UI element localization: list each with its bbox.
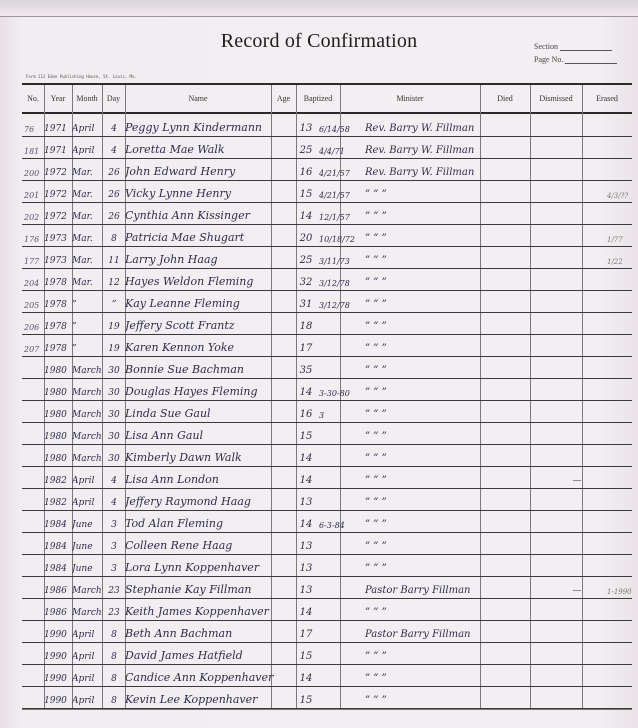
entry-month: March (72, 410, 102, 420)
header-baptized: Baptized (296, 85, 340, 112)
entry-age: 25 (296, 145, 316, 156)
entry-name: Vicky Lynne Henry (125, 187, 293, 200)
section-label: Section (534, 42, 558, 51)
entry-number: 201 (24, 191, 44, 200)
entry-name: John Edward Henry (125, 165, 293, 178)
entry-age: 31 (296, 299, 316, 310)
entry-day: 30 (104, 388, 124, 398)
entry-number: 205 (24, 301, 44, 310)
entry-day: 4 (104, 498, 124, 508)
entry-name: Loretta Mae Walk (125, 143, 293, 156)
ledger-row: 1980March30Lisa Ann Gaul15” ” ” (22, 423, 632, 445)
entry-minister: ” ” ” (365, 189, 505, 200)
entry-baptized: 6/14/58 (319, 125, 359, 134)
entry-day: 4 (104, 146, 124, 156)
entry-minister: ” ” ” (365, 607, 505, 618)
entry-month: Mar. (72, 256, 102, 266)
ledger-row: 1990April8Kevin Lee Koppenhaver15” ” ” (22, 687, 632, 709)
entry-name: Beth Ann Bachman (125, 627, 293, 640)
entry-age: 13 (296, 497, 316, 508)
entry-minister: ” ” ” (365, 453, 505, 464)
entry-baptized: 3/11/73 (319, 257, 359, 266)
entry-number: 200 (24, 169, 44, 178)
entry-dismissed: — (552, 476, 602, 486)
entry-year: 1980 (44, 410, 72, 420)
entry-minister: ” ” ” (365, 211, 505, 222)
entry-number: 202 (24, 213, 44, 222)
header-name: Name (125, 85, 271, 112)
entry-age: 18 (296, 321, 316, 332)
entry-minister: ” ” ” (365, 299, 505, 310)
entry-day: 8 (104, 696, 124, 706)
entry-baptized: 3 (319, 411, 359, 420)
entry-year: 1980 (44, 388, 72, 398)
entry-day: 30 (104, 432, 124, 442)
ledger-row: 1990April8David James Hatfield15” ” ” (22, 643, 632, 665)
entry-year: 1978 (44, 278, 72, 288)
ledger-row: 2041978Mar.12Hayes Weldon Fleming323/12/… (22, 269, 632, 291)
entry-year: 1986 (44, 608, 72, 618)
entry-name: David James Hatfield (125, 649, 293, 662)
entry-day: 23 (104, 586, 124, 596)
ledger-row: 1984June3Tod Alan Fleming146-3-84” ” ” (22, 511, 632, 533)
entry-name: Lisa Ann Gaul (125, 429, 293, 442)
entry-age: 14 (296, 387, 316, 398)
entry-minister: ” ” ” (365, 651, 505, 662)
header-age: Age (271, 85, 296, 112)
entry-minister: ” ” ” (365, 277, 505, 288)
entry-minister: ” ” ” (365, 695, 505, 706)
ledger-row: 1982April4Jeffery Raymond Haag13” ” ” (22, 489, 632, 511)
entry-day: ” (104, 300, 124, 310)
ledger-row: 1980March30Douglas Hayes Fleming143-30-8… (22, 379, 632, 401)
entry-year: 1984 (44, 520, 72, 530)
entry-name: Cynthia Ann Kissinger (125, 209, 293, 222)
entry-minister: ” ” ” (365, 365, 505, 376)
entry-baptized: 3/12/78 (319, 301, 359, 310)
entry-age: 17 (296, 629, 316, 640)
entry-minister: Rev. Barry W. Fillman (365, 123, 505, 134)
entry-name: Bonnie Sue Bachman (125, 363, 293, 376)
ledger-row: 2071978”19Karen Kennon Yoke17” ” ” (22, 335, 632, 357)
ledger-row: 761971April4Peggy Lynn Kindermann136/14/… (22, 115, 632, 137)
entry-year: 1980 (44, 432, 72, 442)
entry-number: 206 (24, 323, 44, 332)
entry-name: Linda Sue Gaul (125, 407, 293, 420)
entry-minister: ” ” ” (365, 497, 505, 508)
page-number-label: Page No. (534, 55, 563, 64)
entry-number: 181 (24, 147, 44, 156)
entry-age: 32 (296, 277, 316, 288)
entry-age: 20 (296, 233, 316, 244)
ledger-row: 1984June3Lora Lynn Koppenhaver13” ” ” (22, 555, 632, 577)
entry-year: 1972 (44, 190, 72, 200)
ledger-row: 1980March30Linda Sue Gaul163” ” ” (22, 401, 632, 423)
ledger-row: 1771973Mar.11Larry John Haag253/11/73” ”… (22, 247, 632, 269)
entry-month: April (72, 146, 102, 156)
entry-name: Jeffery Scott Frantz (125, 319, 293, 332)
entry-minister: ” ” ” (365, 255, 505, 266)
entry-minister: Rev. Barry W. Fillman (365, 167, 505, 178)
entry-erased: 1/22 (607, 258, 638, 266)
entry-year: 1978 (44, 322, 72, 332)
entry-minister: ” ” ” (365, 673, 505, 684)
header-minister: Minister (340, 85, 480, 112)
entry-month: April (72, 696, 102, 706)
entry-year: 1984 (44, 564, 72, 574)
entry-age: 14 (296, 519, 316, 530)
ledger-row: 1980March30Kimberly Dawn Walk14” ” ” (22, 445, 632, 467)
entry-name: Kevin Lee Koppenhaver (125, 693, 293, 706)
entry-day: 4 (104, 476, 124, 486)
entry-number: 76 (24, 125, 44, 134)
entry-year: 1978 (44, 300, 72, 310)
ledger-row: 1986March23Stephanie Kay Fillman13Pastor… (22, 577, 632, 599)
header-died: Died (480, 85, 530, 112)
entry-age: 16 (296, 167, 316, 178)
entry-age: 16 (296, 409, 316, 420)
entry-year: 1971 (44, 124, 72, 134)
entry-year: 1990 (44, 696, 72, 706)
entry-month: April (72, 674, 102, 684)
section-field: Section (534, 38, 617, 51)
ledger-row: 2011972Mar.26Vicky Lynne Henry154/21/57”… (22, 181, 632, 203)
page-number-blank (565, 54, 617, 64)
entry-day: 30 (104, 454, 124, 464)
ledger-row: 1990April8Candice Ann Koppenhaver14” ” ” (22, 665, 632, 687)
entry-day: 3 (104, 564, 124, 574)
entry-baptized: 10/18/72 (319, 235, 359, 244)
entry-minister: ” ” ” (365, 409, 505, 420)
entry-erased: 4/3/?? (607, 192, 638, 200)
header-bottom-rule (22, 112, 632, 114)
entry-month: March (72, 454, 102, 464)
entry-year: 1971 (44, 146, 72, 156)
entry-day: 26 (104, 212, 124, 222)
entry-day: 30 (104, 410, 124, 420)
entry-baptized: 4/4/71 (319, 147, 359, 156)
entry-day: 19 (104, 344, 124, 354)
entry-month: June (72, 520, 102, 530)
entry-name: Stephanie Kay Fillman (125, 583, 293, 596)
entry-dismissed: — (552, 586, 602, 596)
entry-minister: ” ” ” (365, 233, 505, 244)
entry-month: April (72, 498, 102, 508)
entry-year: 1972 (44, 212, 72, 222)
ledger-row: 1982April4Lisa Ann London14” ” ”— (22, 467, 632, 489)
entry-name: Candice Ann Koppenhaver (125, 671, 293, 684)
entry-year: 1986 (44, 586, 72, 596)
entry-day: 3 (104, 542, 124, 552)
entry-month: Mar. (72, 234, 102, 244)
entry-age: 25 (296, 255, 316, 266)
entry-day: 8 (104, 652, 124, 662)
page-top-edge (0, 0, 638, 17)
entry-month: ” (72, 344, 102, 354)
entry-minister: ” ” ” (365, 541, 505, 552)
entry-name: Lora Lynn Koppenhaver (125, 561, 293, 574)
entry-minister: ” ” ” (365, 343, 505, 354)
entry-number: 177 (24, 257, 44, 266)
entry-day: 19 (104, 322, 124, 332)
table-bottom-rule (22, 709, 632, 710)
entry-minister: ” ” ” (365, 431, 505, 442)
entry-name: Kay Leanne Fleming (125, 297, 293, 310)
header-erased: Erased (582, 85, 632, 112)
entry-month: Mar. (72, 212, 102, 222)
ledger-row: 1990April8Beth Ann Bachman17Pastor Barry… (22, 621, 632, 643)
entry-month: March (72, 608, 102, 618)
entry-day: 26 (104, 168, 124, 178)
section-blank (560, 41, 612, 51)
entry-year: 1982 (44, 498, 72, 508)
entry-name: Tod Alan Fleming (125, 517, 293, 530)
entry-day: 8 (104, 630, 124, 640)
entry-year: 1982 (44, 476, 72, 486)
entry-minister: ” ” ” (365, 563, 505, 574)
entry-number: 207 (24, 345, 44, 354)
ledger-row: 1984June3Colleen Rene Haag13” ” ” (22, 533, 632, 555)
header-year: Year (44, 85, 72, 112)
entry-month: Mar. (72, 168, 102, 178)
entry-age: 13 (296, 541, 316, 552)
entry-age: 13 (296, 563, 316, 574)
ledger-row: 1980March30Bonnie Sue Bachman35” ” ” (22, 357, 632, 379)
entry-month: April (72, 476, 102, 486)
ledger-row: 1986March23Keith James Koppenhaver14” ” … (22, 599, 632, 621)
section-page-fields: Section Page No. (534, 38, 617, 64)
entry-year: 1973 (44, 256, 72, 266)
entry-age: 15 (296, 695, 316, 706)
ledger-row: 2021972Mar.26Cynthia Ann Kissinger1412/1… (22, 203, 632, 225)
entry-age: 14 (296, 475, 316, 486)
header-month: Month (72, 85, 102, 112)
header-no: No. (22, 85, 44, 112)
entry-day: 3 (104, 520, 124, 530)
entry-baptized: 6-3-84 (319, 521, 359, 530)
entry-name: Hayes Weldon Fleming (125, 275, 293, 288)
entry-age: 15 (296, 431, 316, 442)
ledger-page: Record of Confirmation Section Page No. … (0, 0, 638, 728)
entry-year: 1980 (44, 454, 72, 464)
entry-minister: Pastor Barry Fillman (365, 585, 505, 596)
ledger-row: 2061978”19Jeffery Scott Frantz18” ” ” (22, 313, 632, 335)
entry-month: ” (72, 300, 102, 310)
ledger-row: 2001972Mar.26John Edward Henry164/21/57R… (22, 159, 632, 181)
entry-month: March (72, 432, 102, 442)
ledger-row: 2051978””Kay Leanne Fleming313/12/78” ” … (22, 291, 632, 313)
entry-day: 8 (104, 674, 124, 684)
ledger-row: 1811971April4Loretta Mae Walk254/4/71Rev… (22, 137, 632, 159)
entry-name: Karen Kennon Yoke (125, 341, 293, 354)
entry-day: 12 (104, 278, 124, 288)
entry-year: 1973 (44, 234, 72, 244)
entry-baptized: 4/21/57 (319, 191, 359, 200)
entry-year: 1984 (44, 542, 72, 552)
entry-minister: Pastor Barry Fillman (365, 629, 505, 640)
entry-age: 13 (296, 123, 316, 134)
entry-year: 1972 (44, 168, 72, 178)
entry-day: 8 (104, 234, 124, 244)
entry-day: 4 (104, 124, 124, 134)
entry-day: 23 (104, 608, 124, 618)
entry-month: April (72, 124, 102, 134)
entry-minister: ” ” ” (365, 321, 505, 332)
entry-erased: 1-1990 (607, 588, 638, 596)
entry-minister: Rev. Barry W. Fillman (365, 145, 505, 156)
entry-age: 14 (296, 453, 316, 464)
entry-name: Kimberly Dawn Walk (125, 451, 293, 464)
entry-day: 26 (104, 190, 124, 200)
entry-month: June (72, 542, 102, 552)
entry-name: Lisa Ann London (125, 473, 293, 486)
entry-day: 30 (104, 366, 124, 376)
entry-minister: ” ” ” (365, 475, 505, 486)
entry-year: 1990 (44, 630, 72, 640)
header-dismissed: Dismissed (530, 85, 582, 112)
entry-month: March (72, 388, 102, 398)
entry-month: Mar. (72, 278, 102, 288)
entry-month: March (72, 586, 102, 596)
entry-age: 13 (296, 585, 316, 596)
entry-month: April (72, 652, 102, 662)
entry-name: Douglas Hayes Fleming (125, 385, 293, 398)
entry-number: 204 (24, 279, 44, 288)
entry-month: ” (72, 322, 102, 332)
entry-year: 1980 (44, 366, 72, 376)
entry-year: 1990 (44, 674, 72, 684)
entry-name: Keith James Koppenhaver (125, 605, 293, 618)
entry-number: 176 (24, 235, 44, 244)
entry-name: Patricia Mae Shugart (125, 231, 293, 244)
ledger-row: 1761973Mar.8Patricia Mae Shugart2010/18/… (22, 225, 632, 247)
entry-baptized: 3-30-80 (319, 389, 359, 398)
entry-age: 14 (296, 211, 316, 222)
entry-age: 15 (296, 651, 316, 662)
entry-minister: ” ” ” (365, 519, 505, 530)
entry-baptized: 4/21/57 (319, 169, 359, 178)
entry-minister: ” ” ” (365, 387, 505, 398)
entry-day: 11 (104, 256, 124, 266)
entry-month: April (72, 630, 102, 640)
entry-baptized: 12/1/57 (319, 213, 359, 222)
entry-age: 15 (296, 189, 316, 200)
entry-month: Mar. (72, 190, 102, 200)
entry-name: Larry John Haag (125, 253, 293, 266)
entry-name: Colleen Rene Haag (125, 539, 293, 552)
entry-month: June (72, 564, 102, 574)
entry-erased: 1/77 (607, 236, 638, 244)
entry-age: 14 (296, 607, 316, 618)
entry-age: 17 (296, 343, 316, 354)
header-day: Day (102, 85, 125, 112)
entry-baptized: 3/12/78 (319, 279, 359, 288)
entry-month: March (72, 366, 102, 376)
entry-name: Peggy Lynn Kindermann (125, 121, 293, 134)
entry-name: Jeffery Raymond Haag (125, 495, 293, 508)
page-number-field: Page No. (534, 51, 617, 64)
entry-year: 1990 (44, 652, 72, 662)
publisher-imprint: Form 112 Eden Publishing House, St. Loui… (26, 74, 137, 79)
entry-age: 14 (296, 673, 316, 684)
entry-year: 1978 (44, 344, 72, 354)
entry-age: 35 (296, 365, 316, 376)
